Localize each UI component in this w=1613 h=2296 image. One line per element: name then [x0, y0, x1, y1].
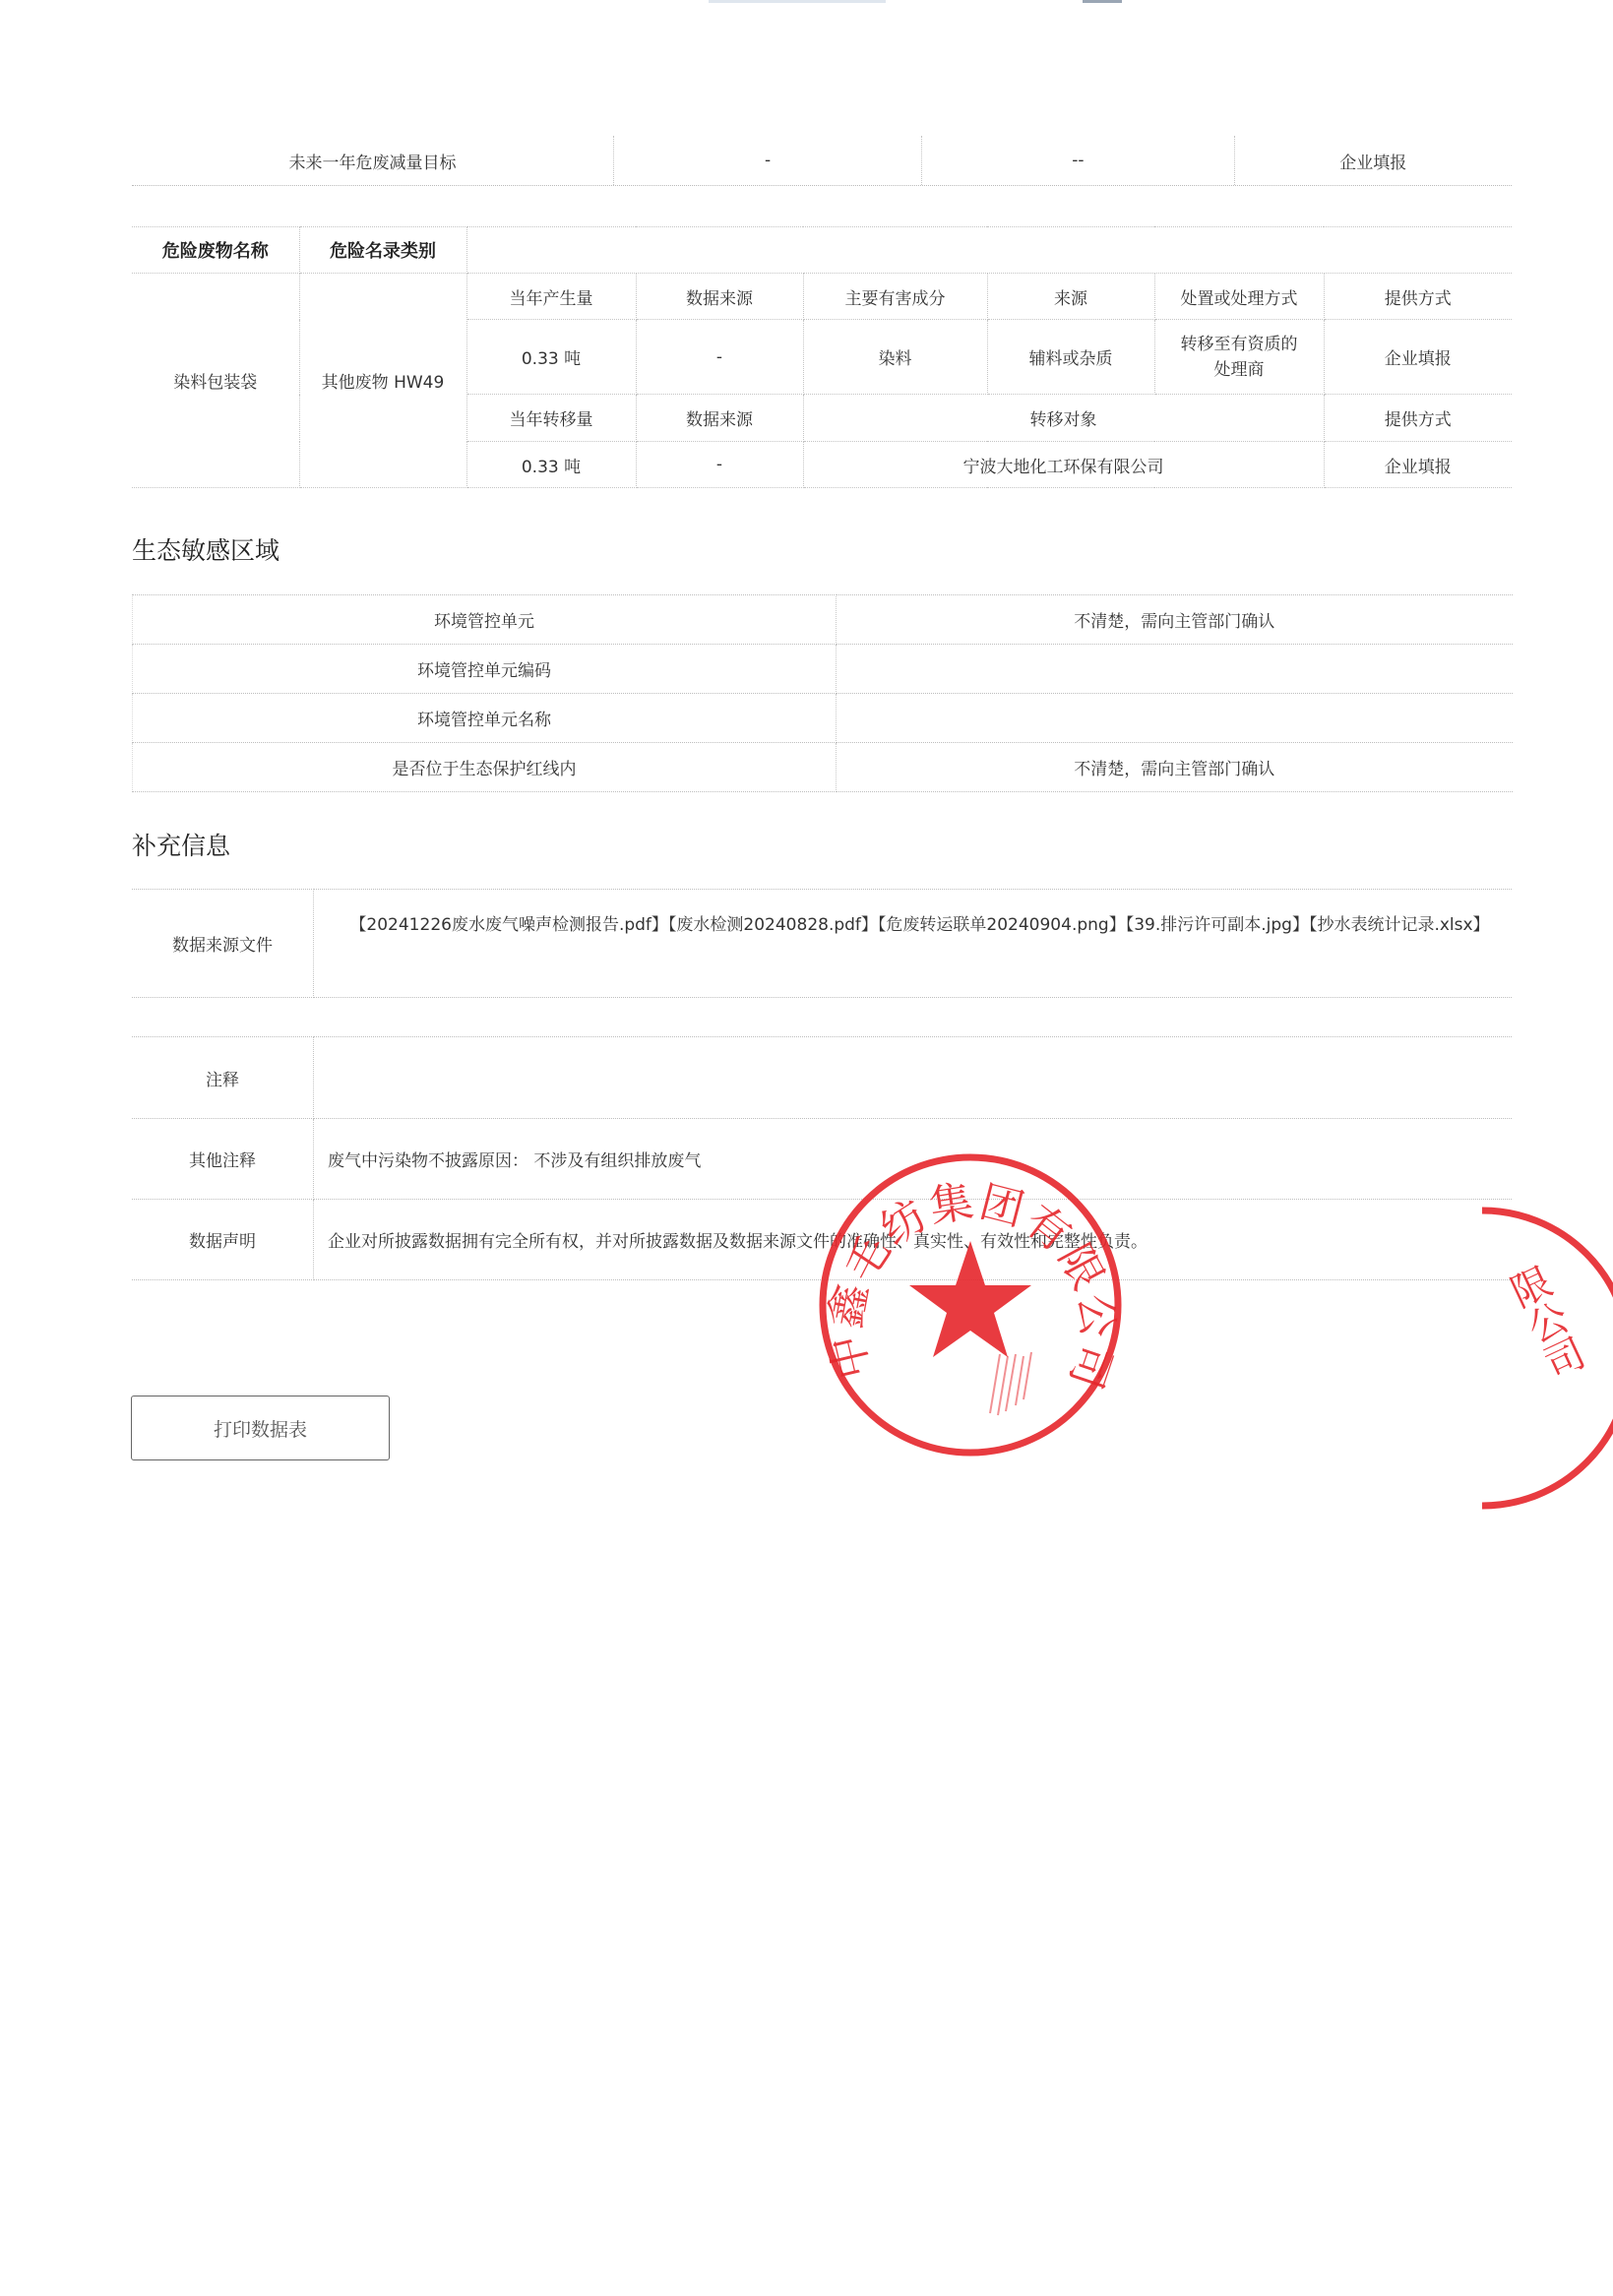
- gen-header-amount: 当年产生量: [466, 274, 636, 320]
- source-files-label: 数据来源文件: [132, 890, 314, 998]
- gen-header-provision: 提供方式: [1324, 274, 1512, 320]
- note-label: 其他注释: [132, 1119, 314, 1200]
- gen-header-component: 主要有害成分: [803, 274, 987, 320]
- header-blank: [466, 227, 1512, 274]
- transfer-target: 宁波大地化工环保有限公司: [803, 442, 1324, 488]
- eco-label: 环境管控单元: [133, 595, 837, 645]
- eco-value: [837, 694, 1513, 743]
- eco-value: 不清楚，需向主管部门确认: [837, 743, 1513, 792]
- transfer-header-provision: 提供方式: [1324, 395, 1512, 442]
- note-label: 数据声明: [132, 1200, 314, 1280]
- gen-source: -: [636, 320, 803, 395]
- gen-header-origin: 来源: [987, 274, 1154, 320]
- note-row: 其他注释 废气中污染物不披露原因： 不涉及有组织排放废气: [132, 1119, 1512, 1200]
- gen-provision: 企业填报: [1324, 320, 1512, 395]
- hazardous-waste-table: 危险废物名称 危险名录类别 染料包装袋 其他废物 HW49 当年产生量 数据来源…: [132, 226, 1512, 488]
- source-files-table: 数据来源文件 【20241226废水废气噪声检测报告.pdf】【废水检测2024…: [132, 889, 1512, 998]
- reduction-target-label: 未来一年危废减量目标: [132, 136, 613, 185]
- gen-component: 染料: [803, 320, 987, 395]
- header-waste-name: 危险废物名称: [132, 227, 299, 274]
- notes-table: 注释 其他注释 废气中污染物不披露原因： 不涉及有组织排放废气 数据声明 企业对…: [132, 1036, 1512, 1280]
- print-datasheet-button[interactable]: 打印数据表: [131, 1396, 390, 1460]
- reduction-target-value2: --: [921, 136, 1233, 185]
- gen-amount: 0.33 吨: [466, 320, 636, 395]
- reduction-target-row: 未来一年危废减量目标 - -- 企业填报: [132, 136, 1512, 186]
- eco-section-title: 生态敏感区域: [132, 531, 279, 567]
- eco-value: [837, 645, 1513, 694]
- eco-row: 环境管控单元 不清楚，需向主管部门确认: [133, 595, 1513, 645]
- reduction-target-value: -: [613, 136, 921, 185]
- reduction-target-provision: 企业填报: [1234, 136, 1512, 185]
- note-row: 数据声明 企业对所披露数据拥有完全所有权，并对所披露数据及数据来源文件的准确性、…: [132, 1200, 1512, 1280]
- transfer-header-target: 转移对象: [803, 395, 1324, 442]
- header-waste-category: 危险名录类别: [299, 227, 466, 274]
- eco-row: 是否位于生态保护红线内 不清楚，需向主管部门确认: [133, 743, 1513, 792]
- note-row: 注释: [132, 1037, 1512, 1119]
- eco-label: 环境管控单元编码: [133, 645, 837, 694]
- eco-row: 环境管控单元编码: [133, 645, 1513, 694]
- scan-artifact: [1083, 0, 1122, 3]
- scan-artifact: [709, 0, 886, 3]
- note-value: [314, 1037, 1513, 1119]
- transfer-header-source: 数据来源: [636, 395, 803, 442]
- note-label: 注释: [132, 1037, 314, 1119]
- waste-name: 染料包装袋: [132, 274, 299, 488]
- eco-label: 环境管控单元名称: [133, 694, 837, 743]
- eco-value: 不清楚，需向主管部门确认: [837, 595, 1513, 645]
- gen-header-source: 数据来源: [636, 274, 803, 320]
- transfer-header-amount: 当年转移量: [466, 395, 636, 442]
- note-value: 企业对所披露数据拥有完全所有权，并对所披露数据及数据来源文件的准确性、真实性、有…: [314, 1200, 1513, 1280]
- transfer-amount: 0.33 吨: [466, 442, 636, 488]
- note-value: 废气中污染物不披露原因： 不涉及有组织排放废气: [314, 1119, 1513, 1200]
- supplementary-section-title: 补充信息: [132, 827, 230, 862]
- gen-origin: 辅料或杂质: [987, 320, 1154, 395]
- gen-disposal: 转移至有资质的处理商: [1154, 320, 1324, 395]
- transfer-source: -: [636, 442, 803, 488]
- transfer-provision: 企业填报: [1324, 442, 1512, 488]
- gen-header-disposal: 处置或处理方式: [1154, 274, 1324, 320]
- eco-label: 是否位于生态保护红线内: [133, 743, 837, 792]
- source-files-value: 【20241226废水废气噪声检测报告.pdf】【废水检测20240828.pd…: [314, 890, 1513, 998]
- partial-seal-text: 限公司: [1499, 1260, 1589, 1386]
- waste-category: 其他废物 HW49: [299, 274, 466, 488]
- eco-row: 环境管控单元名称: [133, 694, 1513, 743]
- eco-table: 环境管控单元 不清楚，需向主管部门确认 环境管控单元编码 环境管控单元名称 是否…: [132, 594, 1513, 792]
